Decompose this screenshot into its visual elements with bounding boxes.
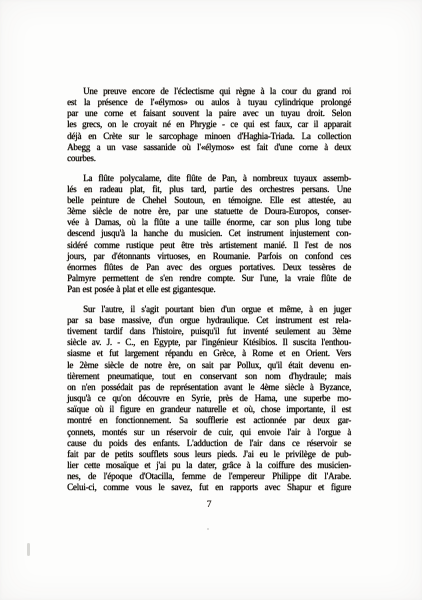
text-line: Une preuve encore de l'éclectisme qui rè… (67, 86, 351, 97)
text-line: Sur l'autre, il s'agit pourtant bien d'u… (67, 304, 351, 315)
text-line: lés en radeau plat, fit, plus tard, part… (67, 184, 351, 195)
text-line: montré en fonctionnement. Sa soufflerie … (67, 415, 351, 426)
text-line: nes, de l'époque d'Otacilla, femme de l'… (67, 471, 351, 482)
text-line: saïque où il figure en grandeur naturell… (67, 404, 351, 415)
text-line: cause du poids des enfants. L'adduction … (67, 438, 351, 449)
scan-speckle (207, 528, 209, 530)
paragraph: Sur l'autre, il s'agit pourtant bien d'u… (67, 304, 351, 494)
page-number: 7 (67, 500, 351, 510)
text-line: on n'en possédait pas de représentation … (67, 382, 351, 393)
text-line: çonnets, montés sur un réservoir de cuir… (67, 427, 351, 438)
text-line: fait par de petits soufflets sous leurs … (67, 449, 351, 460)
paragraph: La flûte polycalame, dite flûte de Pan, … (67, 173, 351, 296)
text-line: Pan est posée à plat et elle est gigante… (67, 284, 351, 295)
text-line: par sa base massive, d'un orgue hydrauli… (67, 315, 351, 326)
text-line: vée à Damas, où la flûte a une taille én… (67, 217, 351, 228)
scan-artifact-mark (27, 543, 30, 556)
text-line: Abegg a un vase sassanide où l'«élymos» … (67, 142, 351, 153)
page-text: Une preuve encore de l'éclectisme qui rè… (67, 86, 351, 493)
text-line: descend jusqu'à la hanche du musicien. C… (67, 228, 351, 239)
text-line: courbes. (67, 153, 351, 164)
paragraph: Une preuve encore de l'éclectisme qui rè… (67, 86, 351, 164)
text-line: 3ème siècle de notre ère, par une statue… (67, 206, 351, 217)
text-line: lier cette mosaïque et j'ai pu la dater,… (67, 460, 351, 471)
text-line: La flûte polycalame, dite flûte de Pan, … (67, 173, 351, 184)
text-line: est la présence de l'«élymos» ou aulos à… (67, 97, 351, 108)
text-line: jusqu'à ce qu'on découvre en Syrie, près… (67, 393, 351, 404)
text-line: énormes flûtes de Pan avec des orgues po… (67, 262, 351, 273)
text-line: Celui-ci, comme vous le savez, fut en ra… (67, 482, 351, 493)
text-line: par une corne et faisant souvent la pair… (67, 108, 351, 119)
text-line: tivement tardif dans l'histoire, puisqu'… (67, 326, 351, 337)
text-line: tièrement pneumatique, tout en conservan… (67, 371, 351, 382)
text-line: déjà en Crète sur le sarcophage minoen d… (67, 131, 351, 142)
text-line: belle peinture de Chehel Soutoun, en tém… (67, 195, 351, 206)
text-line: le 2ème siècle de notre ère, on sait par… (67, 360, 351, 371)
text-line: siasme et fut largement répandu en Grèce… (67, 348, 351, 359)
text-line: siècle av. J. - C., en Egypte, par l'ing… (67, 337, 351, 348)
scanned-book-page: Une preuve encore de l'éclectisme qui rè… (0, 0, 422, 600)
text-line: sidéré comme rustique peut être très art… (67, 240, 351, 251)
text-line: les grecs, on le croyait né en Phrygie -… (67, 119, 351, 130)
text-line: jours, par d'étonnants virtuoses, en Rou… (67, 251, 351, 262)
text-line: Palmyre permettent de s'en rendre compte… (67, 273, 351, 284)
